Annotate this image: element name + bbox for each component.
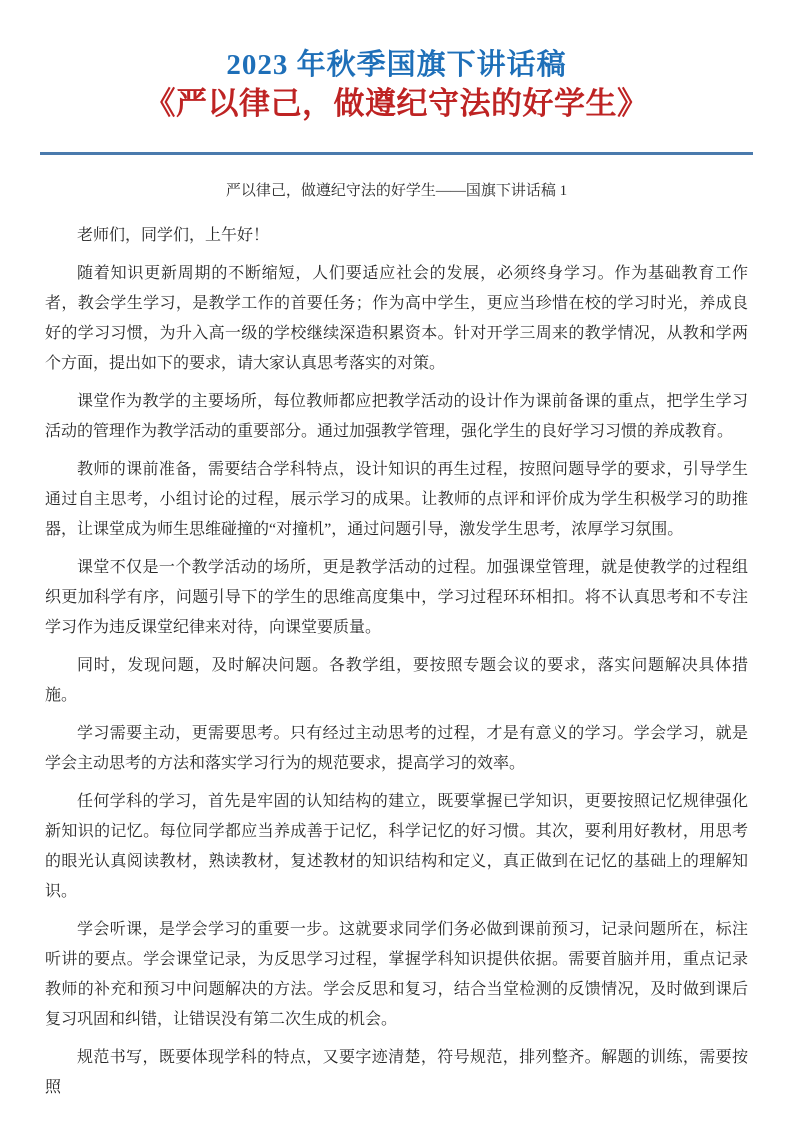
body-paragraph: 随着知识更新周期的不断缩短，人们要适应社会的发展，必须终身学习。作为基础教育工作… (45, 259, 748, 379)
body-paragraph: 课堂作为教学的主要场所，每位教师都应把教学活动的设计作为课前备课的重点，把学生学… (45, 387, 748, 447)
document-title-line2: 《严以律己，做遵纪守法的好学生》 (0, 84, 793, 123)
body-paragraph: 教师的课前准备，需要结合学科特点，设计知识的再生过程，按照问题导学的要求，引导学… (45, 455, 748, 545)
title-divider-rule (40, 152, 753, 155)
document-title-line1: 2023 年秋季国旗下讲话稿 (0, 46, 793, 84)
body-paragraph: 学会听课，是学会学习的重要一步。这就要求同学们务必做到课前预习，记录问题所在，标… (45, 915, 748, 1035)
body-paragraph: 任何学科的学习，首先是牢固的认知结构的建立，既要掌握已学知识，更要按照记忆规律强… (45, 787, 748, 907)
document-header: 2023 年秋季国旗下讲话稿 《严以律己，做遵纪守法的好学生》 (0, 0, 793, 123)
body-paragraph: 学习需要主动，更需要思考。只有经过主动思考的过程，才是有意义的学习。学会学习，就… (45, 719, 748, 779)
document-body: 老师们，同学们，上午好！随着知识更新周期的不断缩短，人们要适应社会的发展，必须终… (45, 201, 748, 1103)
body-paragraph: 课堂不仅是一个教学活动的场所，更是教学活动的过程。加强课堂管理，就是使教学的过程… (45, 553, 748, 643)
body-paragraph: 老师们，同学们，上午好！ (45, 221, 748, 251)
document-subtitle: 严以律己，做遵纪守法的好学生——国旗下讲话稿 1 (0, 181, 793, 201)
body-paragraph: 同时，发现问题，及时解决问题。各教学组，要按照专题会议的要求，落实问题解决具体措… (45, 651, 748, 711)
body-paragraph: 规范书写，既要体现学科的特点，又要字迹清楚，符号规范，排列整齐。解题的训练，需要… (45, 1043, 748, 1103)
document-page: 2023 年秋季国旗下讲话稿 《严以律己，做遵纪守法的好学生》 严以律己，做遵纪… (0, 0, 793, 1122)
